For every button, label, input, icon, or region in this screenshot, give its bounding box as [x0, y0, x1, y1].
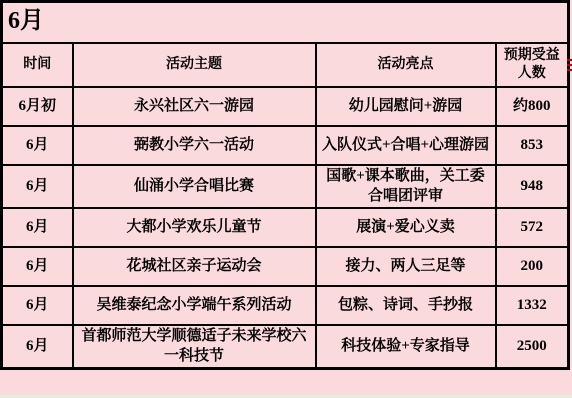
cell-beneficiaries: 2500 — [496, 325, 569, 369]
cell-theme: 仙涌小学合唱比赛 — [73, 165, 316, 208]
clipped-red-glyph — [567, 59, 572, 74]
cell-beneficiaries: 948 — [496, 165, 569, 208]
page: 6月 时间 活动主题 活动亮点 预期受益人数 6月初 永兴社区六一游园 幼儿园慰… — [0, 0, 572, 398]
table-row: 6月初 永兴社区六一游园 幼儿园慰问+游园 约800 — [2, 87, 569, 126]
cell-highlight: 幼儿园慰问+游园 — [316, 87, 496, 126]
cell-highlight: 国歌+课本歌曲，关工委合唱团评审 — [316, 165, 496, 208]
cell-beneficiaries: 572 — [496, 208, 569, 247]
col-header-theme: 活动主题 — [73, 43, 316, 87]
cell-time: 6月 — [2, 325, 73, 369]
cell-theme: 首都师范大学顺德适子未来学校六一科技节 — [73, 325, 316, 369]
cell-theme: 永兴社区六一游园 — [73, 87, 316, 126]
table-row: 6月 花城社区亲子运动会 接力、两人三足等 200 — [2, 247, 569, 286]
cell-theme: 大都小学欢乐儿童节 — [73, 208, 316, 247]
cell-highlight: 入队仪式+合唱+心理游园 — [316, 126, 496, 165]
cell-highlight: 包粽、诗词、手抄报 — [316, 286, 496, 325]
cell-highlight: 展演+爱心义卖 — [316, 208, 496, 247]
table-row: 6月 首都师范大学顺德适子未来学校六一科技节 科技体验+专家指导 2500 — [2, 325, 569, 369]
table-row: 6月 吴维泰纪念小学端午系列活动 包粽、诗词、手抄报 1332 — [2, 286, 569, 325]
col-header-highlight: 活动亮点 — [316, 43, 496, 87]
cell-time: 6月初 — [2, 87, 73, 126]
cell-time: 6月 — [2, 126, 73, 165]
cell-beneficiaries: 约800 — [496, 87, 569, 126]
cell-beneficiaries: 853 — [496, 126, 569, 165]
cell-time: 6月 — [2, 247, 73, 286]
table-row: 6月 弼教小学六一活动 入队仪式+合唱+心理游园 853 — [2, 126, 569, 165]
cell-time: 6月 — [2, 208, 73, 247]
cell-beneficiaries: 1332 — [496, 286, 569, 325]
cell-beneficiaries: 200 — [496, 247, 569, 286]
cell-time: 6月 — [2, 165, 73, 208]
cell-theme: 花城社区亲子运动会 — [73, 247, 316, 286]
cell-theme: 吴维泰纪念小学端午系列活动 — [73, 286, 316, 325]
col-header-time: 时间 — [2, 43, 73, 87]
table-row: 6月 仙涌小学合唱比赛 国歌+课本歌曲，关工委合唱团评审 948 — [2, 165, 569, 208]
table-row: 6月 大都小学欢乐儿童节 展演+爱心义卖 572 — [2, 208, 569, 247]
activity-table: 6月 时间 活动主题 活动亮点 预期受益人数 6月初 永兴社区六一游园 幼儿园慰… — [0, 0, 570, 370]
month-title: 6月 — [2, 2, 569, 44]
cell-highlight: 科技体验+专家指导 — [316, 325, 496, 369]
cell-highlight: 接力、两人三足等 — [316, 247, 496, 286]
cell-theme: 弼教小学六一活动 — [73, 126, 316, 165]
cell-time: 6月 — [2, 286, 73, 325]
col-header-beneficiaries: 预期受益人数 — [496, 43, 569, 87]
